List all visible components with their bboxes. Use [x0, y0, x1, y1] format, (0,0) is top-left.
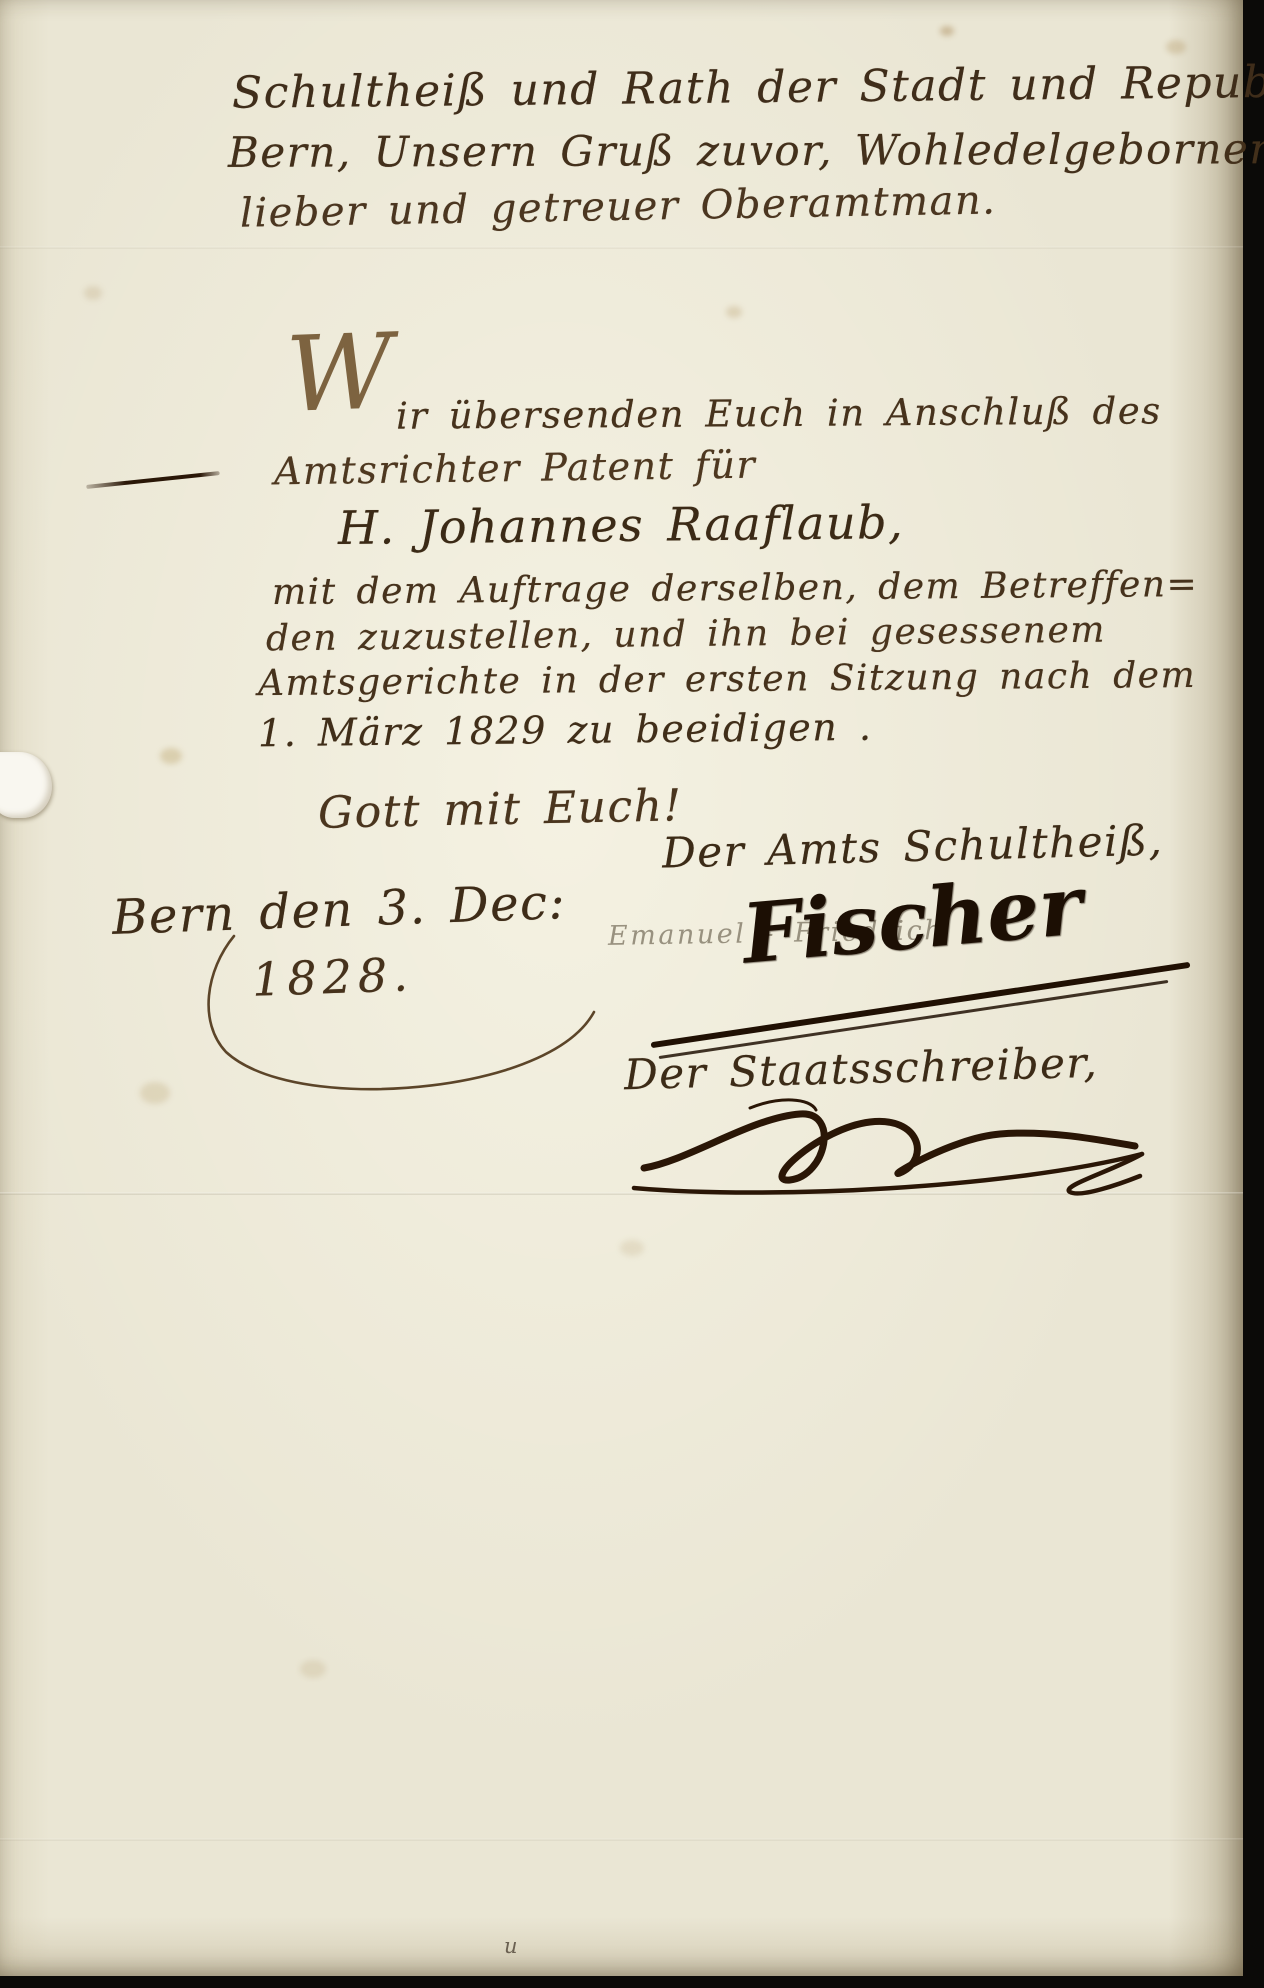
stain — [84, 286, 102, 300]
dateline-flourish — [196, 930, 616, 1100]
fold-crease — [0, 246, 1243, 249]
signature-fischer: Fischer — [738, 857, 1086, 982]
body-line: den zuzustellen, und ihn bei gesessenem — [266, 610, 1106, 660]
signature-underline — [651, 962, 1191, 1048]
stain — [300, 1660, 326, 1678]
body-line: H. Johannes Raaflaub, — [338, 495, 905, 555]
body-line: Amtsrichter Patent für — [274, 443, 757, 494]
body-line: ir übersenden Euch in Anschluß des — [396, 389, 1162, 437]
paper-sheet: Schultheiß und Rath der Stadt und Republ… — [0, 0, 1243, 1976]
fold-crease — [0, 1838, 1243, 1841]
salutation-line: Schultheiß und Rath der Stadt und Republ… — [232, 56, 1264, 119]
torn-patch — [0, 752, 52, 818]
stain — [160, 748, 182, 764]
stain — [726, 306, 742, 318]
bottom-mark: u — [504, 1934, 519, 1958]
staatsschreiber-signature-scribble — [630, 1088, 1150, 1206]
body-line: Amtsgerichte in der ersten Sitzung nach … — [258, 655, 1196, 704]
stain — [940, 26, 954, 36]
office-line-schultheiss: Der Amts Schultheiß, — [661, 815, 1163, 877]
salutation-line: lieber und getreuer Oberamtman. — [240, 177, 997, 236]
salutation-line: Bern, Unsern Gruß zuvor, Wohledelgeborne… — [228, 124, 1264, 177]
margin-dash — [86, 471, 220, 489]
body-line: mit dem Auftrage derselben, dem Betreffe… — [272, 564, 1199, 613]
stain — [1166, 40, 1186, 54]
stain — [140, 1082, 170, 1104]
closing-line: Gott mit Euch! — [318, 780, 684, 839]
scanned-letter-backdrop: Schultheiß und Rath der Stadt und Republ… — [0, 0, 1264, 1988]
body-line: 1. März 1829 zu beeidigen . — [258, 705, 873, 755]
stain — [620, 1240, 644, 1256]
body-drop-cap: W — [284, 310, 395, 436]
